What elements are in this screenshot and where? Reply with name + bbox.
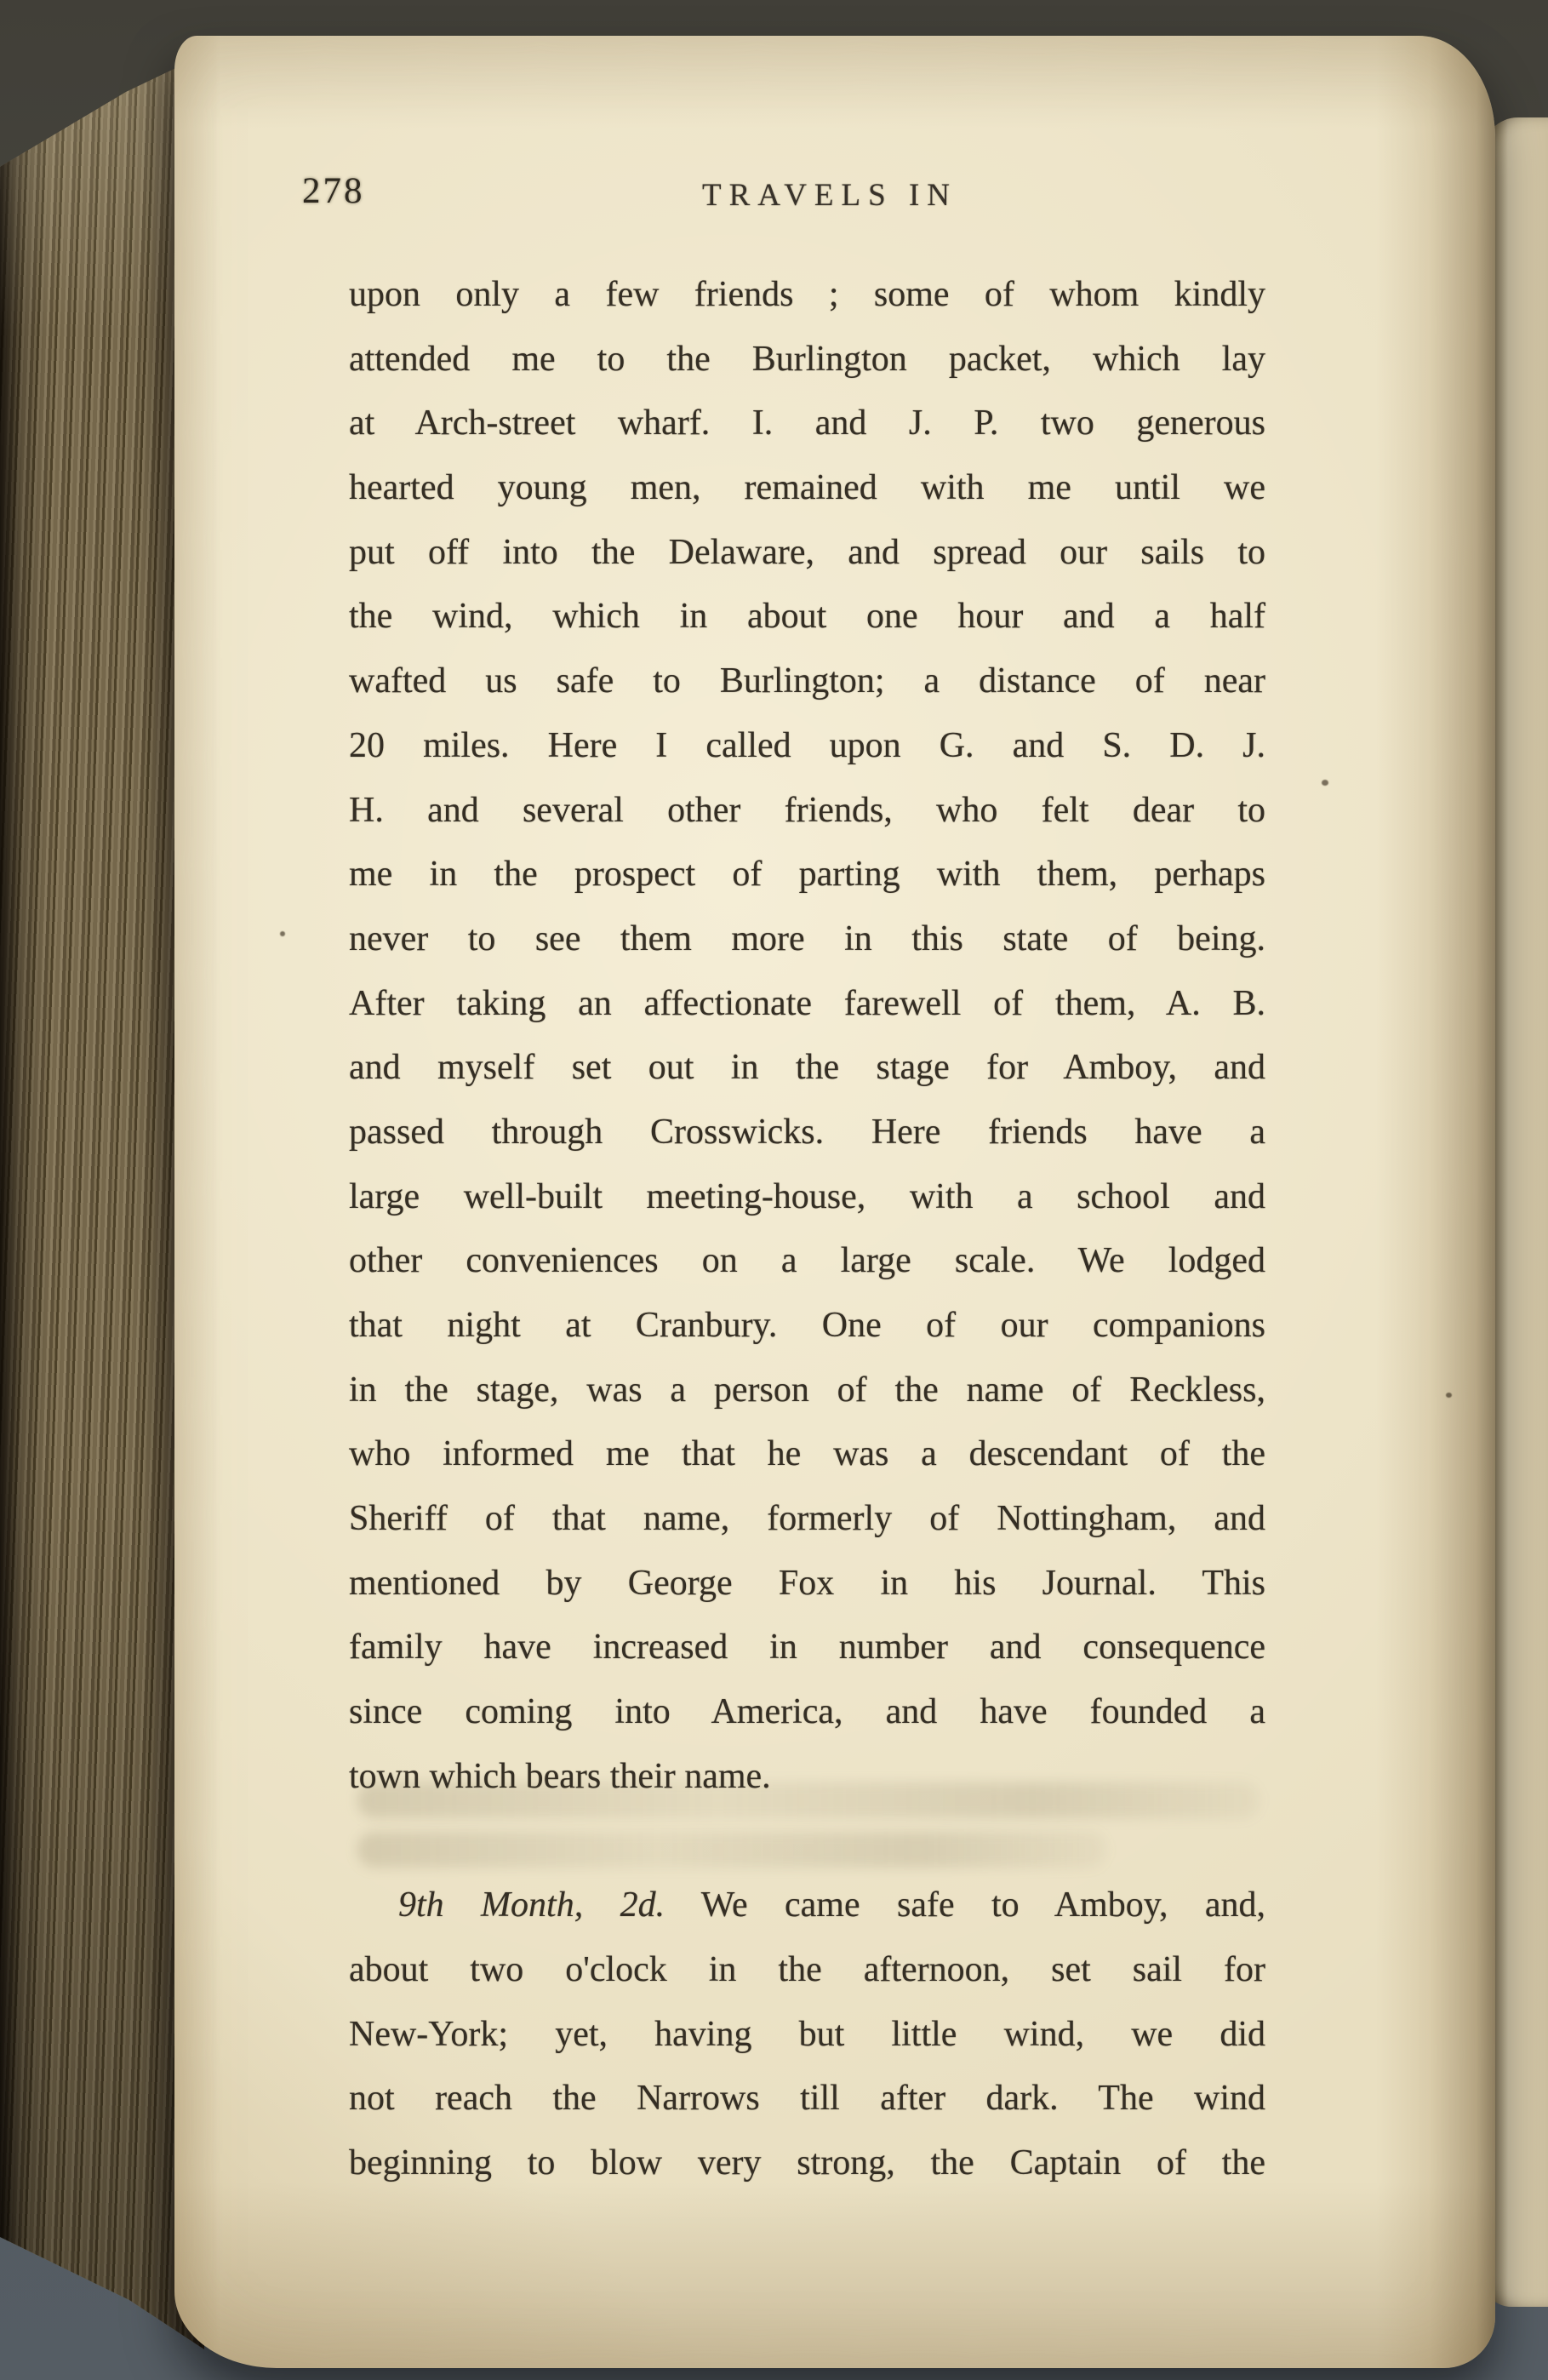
text-line: mentioned by George Fox in his Journal. … bbox=[349, 1552, 1265, 1616]
text-line: wafted us safe to Burlington; a distance… bbox=[349, 649, 1265, 714]
text-line: H. and several other friends, who felt d… bbox=[349, 779, 1265, 844]
body-text: upon only a few friends ; some of whom k… bbox=[349, 263, 1265, 2196]
text-line: hearted young men, remained with me unti… bbox=[349, 456, 1265, 521]
text-line: 20 miles. Here I called upon G. and S. D… bbox=[349, 714, 1265, 779]
text-line: since coming into America, and have foun… bbox=[349, 1680, 1265, 1745]
text-segment: We came safe to Amboy, and, bbox=[665, 1885, 1265, 1925]
text-line: After taking an affectionate farewell of… bbox=[349, 972, 1265, 1037]
text-line: town which bears their name. bbox=[349, 1745, 1265, 1810]
book-scan: { "page": { "folio": "278", "running_tit… bbox=[0, 0, 1548, 2380]
paragraph: upon only a few friends ; some of whom k… bbox=[349, 263, 1265, 1810]
text-line: at Arch-street wharf. I. and J. P. two g… bbox=[349, 392, 1265, 456]
text-line: Sheriff of that name, formerly of Nottin… bbox=[349, 1487, 1265, 1552]
text-line: put off into the Delaware, and spread ou… bbox=[349, 521, 1265, 586]
text-line: upon only a few friends ; some of whom k… bbox=[349, 263, 1265, 328]
text-line: attended me to the Burlington packet, wh… bbox=[349, 328, 1265, 392]
date-heading: 9th Month, 2d. bbox=[398, 1885, 665, 1925]
text-line: other conveniences on a large scale. We … bbox=[349, 1229, 1265, 1294]
book-fore-edge-pages bbox=[0, 0, 204, 2380]
text-line: 9th Month, 2d. We came safe to Amboy, an… bbox=[349, 1874, 1265, 1938]
text-line: who informed me that he was a descendant… bbox=[349, 1422, 1265, 1487]
text-line: large well-built meeting-house, with a s… bbox=[349, 1165, 1265, 1230]
text-line: me in the prospect of parting with them,… bbox=[349, 843, 1265, 907]
gutter-shadow bbox=[1376, 36, 1495, 2368]
text-line: about two o'clock in the afternoon, set … bbox=[349, 1938, 1265, 2003]
text-line: that night at Cranbury. One of our compa… bbox=[349, 1294, 1265, 1359]
text-line: not reach the Narrows till after dark. T… bbox=[349, 2067, 1265, 2131]
ink-speck bbox=[1322, 780, 1328, 786]
text-line: passed through Crosswicks. Here friends … bbox=[349, 1101, 1265, 1165]
paragraph: 9th Month, 2d. We came safe to Amboy, an… bbox=[349, 1874, 1265, 2195]
text-line: and myself set out in the stage for Ambo… bbox=[349, 1036, 1265, 1101]
text-line: in the stage, was a person of the name o… bbox=[349, 1359, 1265, 1423]
text-line: New-York; yet, having but little wind, w… bbox=[349, 2003, 1265, 2068]
page-number: 278 bbox=[302, 170, 365, 212]
text-line: family have increased in number and cons… bbox=[349, 1616, 1265, 1680]
text-line: beginning to blow very strong, the Capta… bbox=[349, 2131, 1265, 2196]
ink-speck bbox=[1446, 1393, 1452, 1398]
running-title: TRAVELS IN bbox=[617, 177, 1042, 214]
text-line: never to see them more in this state of … bbox=[349, 907, 1265, 972]
ink-speck bbox=[280, 931, 285, 936]
text-line: the wind, which in about one hour and a … bbox=[349, 585, 1265, 649]
book-page: 278 TRAVELS IN upon only a few friends ;… bbox=[174, 36, 1495, 2368]
